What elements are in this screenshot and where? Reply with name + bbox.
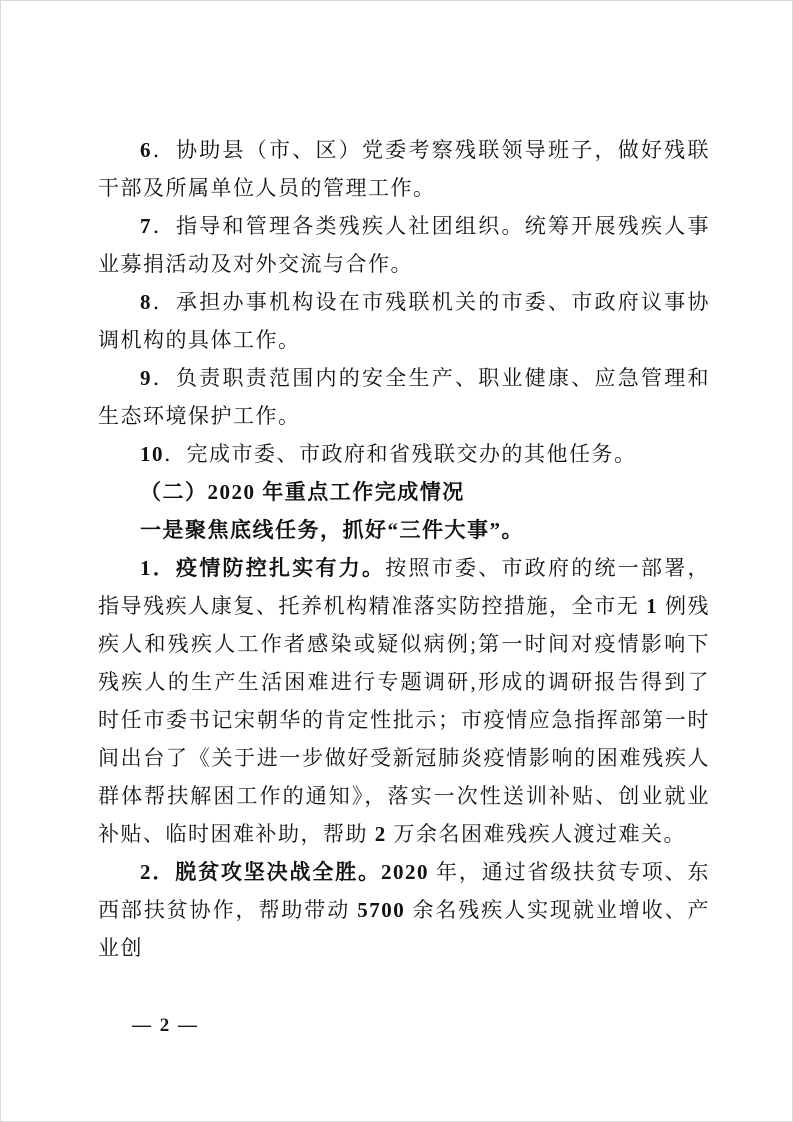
text-segment: （二）2020 年重点工作完成情况 — [140, 480, 465, 504]
document-page: 6．协助县（市、区）党委考察残联领导班子，做好残联干部及所属单位人员的管理工作。… — [0, 0, 793, 1122]
text-segment: 1 — [646, 594, 658, 618]
paragraph: 9．负责职责范围内的安全生产、职业健康、应急管理和生态环境保护工作。 — [98, 359, 710, 435]
text-segment: 一是聚焦底线任务，抓好“三件大事”。 — [140, 518, 524, 542]
text-segment: ．完成市委、市政府和省残联交办的其他任务。 — [164, 442, 637, 466]
paragraph: 2．脱贫攻坚决战全胜。2020 年，通过省级扶贫专项、东西部扶贫协作，帮助带动 … — [98, 853, 710, 967]
text-segment: 2．脱贫攻坚决战全胜。 — [140, 860, 381, 884]
text-segment: 8 — [140, 290, 152, 314]
section-heading: （二）2020 年重点工作完成情况 — [98, 473, 710, 511]
text-segment: 10 — [140, 442, 164, 466]
paragraph: 7．指导和管理各类残疾人社团组织。统筹开展残疾人事业募捐活动及对外交流与合作。 — [98, 207, 710, 283]
text-segment: 9 — [140, 366, 152, 390]
text-segment: 7 — [140, 214, 152, 238]
text-segment: ．承担办事机构设在市残联机关的市委、市政府议事协调机构的具体工作。 — [98, 290, 710, 352]
page-number: — 2 — — [132, 1013, 199, 1039]
text-segment: 2 — [375, 822, 387, 846]
document-body: 6．协助县（市、区）党委考察残联领导班子，做好残联干部及所属单位人员的管理工作。… — [98, 131, 710, 967]
paragraph: 1．疫情防控扎实有力。按照市委、市政府的统一部署，指导残疾人康复、托养机构精准落… — [98, 549, 710, 853]
section-subheading: 一是聚焦底线任务，抓好“三件大事”。 — [98, 511, 710, 549]
text-segment: 万余名困难残疾人渡过难关。 — [387, 822, 686, 846]
text-segment: 5700 — [357, 898, 405, 922]
paragraph: 8．承担办事机构设在市残联机关的市委、市政府议事协调机构的具体工作。 — [98, 283, 710, 359]
paragraph: 10．完成市委、市政府和省残联交办的其他任务。 — [98, 435, 710, 473]
text-segment: ．协助县（市、区）党委考察残联领导班子，做好残联干部及所属单位人员的管理工作。 — [98, 138, 710, 200]
text-segment: 1．疫情防控扎实有力。 — [140, 556, 385, 580]
paragraph: 6．协助县（市、区）党委考察残联领导班子，做好残联干部及所属单位人员的管理工作。 — [98, 131, 710, 207]
text-segment: ．负责职责范围内的安全生产、职业健康、应急管理和生态环境保护工作。 — [98, 366, 710, 428]
text-segment: 2020 — [381, 860, 429, 884]
text-segment: ．指导和管理各类残疾人社团组织。统筹开展残疾人事业募捐活动及对外交流与合作。 — [98, 214, 710, 276]
text-segment: 6 — [140, 138, 152, 162]
text-segment: 例残疾人和残疾人工作者感染或疑似病例;第一时间对疫情影响下残疾人的生产生活困难进… — [98, 594, 710, 846]
